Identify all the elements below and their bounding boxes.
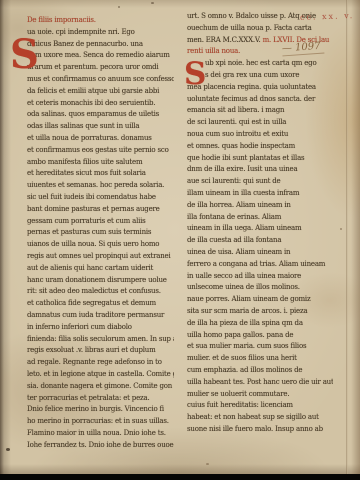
text-line: ub xpi noie. hec est carta qm ego [187,58,351,70]
text-line: unlsecome uinea de illos molinos. [187,282,333,294]
text-line: naue porres. Aliam uineam de gomiz [187,294,333,306]
folio-number: cc. xx. v. [300,11,355,22]
text-line: et sua mulier maria. cum suos filios [187,341,333,353]
text-line: uilla homo papa gallos. pana de [187,330,333,342]
text-line: que hodie ibi sunt plantatas et illas [187,153,333,165]
text-line: dinicus Banez de pennacurbo. una [27,39,174,51]
text-line: aut de alienis qui hanc cartam uiderit [27,263,174,275]
decorated-initial-right: S [184,56,206,92]
text-line: uiuentes et semanas. hoc pereda solaria. [27,180,174,192]
text-line: da felicis et emilii atque ubi garsie ab… [27,86,174,98]
text-line: finienda: filia solis seculorum amen. In… [27,334,174,346]
text-line: mus et confirmamus co anuum sce confesso… [27,74,174,86]
ink-speck [151,2,154,4]
text-line: de sci laurenti. qui est in uilla [187,117,333,129]
text-line: Dnio felice merino in burgis. Vincencio … [27,404,174,416]
text-line: noua cum suo introitu et exitu [187,129,333,141]
text-line: Flamino maior in uilla noua. Dnio iohe t… [27,428,174,440]
text-line: bant domine pasturas et pernas augere [27,204,174,216]
text-line: De filiis impornaciis. [27,15,174,27]
text-line: Iohe ferrandez ts. Dnio iohe de burres o… [27,440,174,452]
text-line: et uilla noua de porraturas. donamus [27,133,174,145]
text-line: mea placencia regina. quia uoluntatea [187,82,333,94]
text-line: regis aut omnes uel propinqui aut extran… [27,251,174,263]
ink-speck [118,6,120,8]
text-line: in inferno inferiori cum diabolo [27,322,174,334]
text-line: illa fontana de erinas. Aliam [187,212,333,224]
text-line: uoluntate fecimus ad dnos sancta. der [187,94,333,106]
text-line: oda salinas. quos emparamus de uiletis [27,109,174,121]
text-line: cuius fuit hereditatis: licenciam [187,400,333,412]
text-line: et hereditates sicut mos fuit solaria [27,168,174,180]
text-line: mulier se uoluerit commutare. [187,389,333,401]
text-line: ter porracurias et petralata: et peza. [27,393,174,405]
text-line: urarum et parentum. pecora uror omdi [27,62,174,74]
text-line: cum emphazia. ad illos molinos de [187,365,333,377]
text-line: uinea de uisa. Aliam uineam in [187,247,333,259]
text-column-right: urt. S omno v. Bdalco uisse p. Atq onieo… [187,11,333,436]
text-line: uianos de uilla noua. Si quis uero homo [27,239,174,251]
text-line: uilla habeant tes. Post hanc uero die ui… [187,377,333,389]
text-line: mulier. et de suos filios una herit [187,353,333,365]
text-line: et confirmamus eos gestas uite pernio sc… [27,145,174,157]
text-line: pernas et pasturas cum suis terminis [27,227,174,239]
text-line: de illa horrea. Aliam uineam in [187,200,333,212]
text-line: emancia sit ad libera. i magn [187,105,333,117]
text-line: habeat: et non habeat sup se sigillo aut [187,412,333,424]
text-line: odas illas salinas que sunt in uilla [27,121,174,133]
decorated-initial-left: S [10,33,39,77]
manuscript-page: De filiis impornaciis.ua uoie. cpi indem… [0,0,360,474]
text-line: gessam cum porraturis et cum aliis [27,216,174,228]
text-line: regis exsoluat .v. libras auri et duplum [27,345,174,357]
text-line: hanc uram donationem disrumpere uolue [27,275,174,287]
text-line: s dei gra rex una cum uxore [187,70,351,82]
text-line: de illa ha pieza de illa spina qm da [187,318,333,330]
text-line: et catholica fide segregatus et demum [27,298,174,310]
text-line: sia. donante nagera et gimone. Comite go… [27,381,174,393]
text-line: uineam in illa uega. Aliam uineam [187,223,333,235]
ink-speck [340,228,342,230]
text-line: damnatus cum iuda traditore permansur [27,310,174,322]
text-column-left: De filiis impornaciis.ua uoie. cpi indem… [27,15,174,451]
text-line: aue sci laurenti: qui sunt de [187,176,333,188]
text-line: sita sur scm maria de arcos. i. pieza [187,306,333,318]
text-line: et ceteris monachis ibi deo seruientib. [27,98,174,110]
ink-speck [206,463,209,465]
text-line: ua uoie. cpi indempnite nri. Ego [27,27,174,39]
text-line: dnm de illa exire. Iusit una uinea [187,164,333,176]
text-line: de illa cuesta ad illa fontana [187,235,333,247]
text-line: sic uel fuit iudeis ibi comendatus habe [27,192,174,204]
text-line: cum uxore mea. Senca do remedio aiarum [27,50,174,62]
text-line: in ualle secco ad illa uinea maiore [187,271,333,283]
text-line: ouechum de uilla noua p. Facta carta [187,23,333,35]
text-line: rit: sit adeo deo maledictus et confusus… [27,286,174,298]
text-line: ferrero a congana ad trias. Aliam uineam [187,259,333,271]
text-line: ambo manifesta filios uite salutem [27,157,174,169]
text-line: illam uineam in illa cuesta infram [187,188,333,200]
text-line: leto. et in legione atque in castella. C… [27,369,174,381]
ink-speck [6,448,10,451]
text-line: suone nisi ille fuero malo. Insup anno a… [187,424,333,436]
text-line: et omnes. quas hodie inspectam [187,141,333,153]
text-line: ad regale. Regnante rege adefonso in to [27,357,174,369]
text-line: ho merino in porracurias: et in suas uil… [27,416,174,428]
